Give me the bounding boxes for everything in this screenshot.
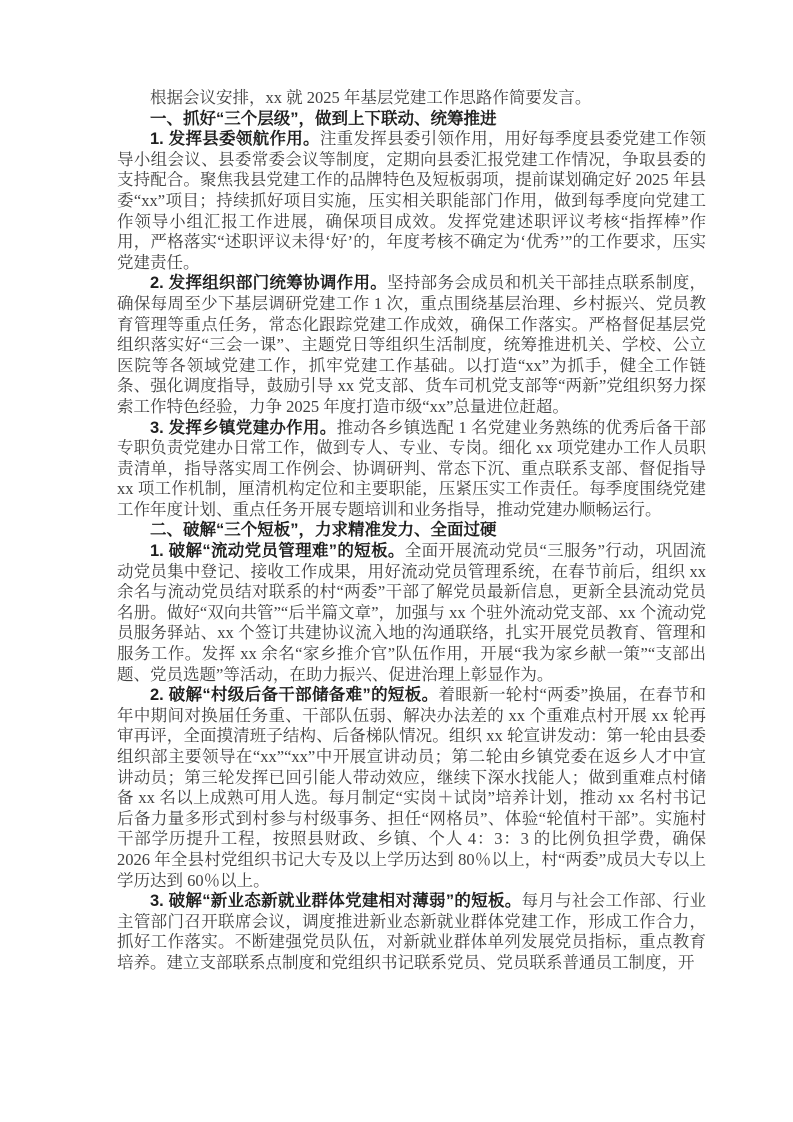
paragraph-body: 注重发挥县委引领作用，用好每季度县委党建工作领导小组会议、县委常委会议等制度，定… (117, 129, 706, 272)
section-1-paragraph-2: 2. 发挥组织部门统筹协调作用。坚持部务会成员和机关干部挂点联系制度，确保每周至… (117, 273, 706, 417)
paragraph-lead: 3. 发挥乡镇党建办作用。 (150, 419, 337, 437)
paragraph-body: 全面开展流动党员“三服务”行动，巩固流动党员集中登记、接收工作成果，用好流动党员… (117, 541, 706, 684)
paragraph-lead: 2. 破解“村级后备干部储备难”的短板。 (150, 686, 438, 704)
section-1-heading: 一、抓好“三个层级”，做到上下联动、统筹推进 (117, 109, 706, 130)
paragraph-body: 坚持部务会成员和机关干部挂点联系制度，确保每周至少下基层调研党建工作 1 次，重… (117, 273, 706, 416)
section-1-paragraph-3: 3. 发挥乡镇党建办作用。推动各乡镇选配 1 名党建业务熟练的优秀后备干部专职负… (117, 418, 706, 521)
section-2-paragraph-3: 3. 破解“新业态新就业群体党建相对薄弱”的短板。每月与社会工作部、行业主管部门… (117, 891, 706, 973)
section-1-paragraph-1: 1. 发挥县委领航作用。注重发挥县委引领作用，用好每季度县委党建工作领导小组会议… (117, 129, 706, 273)
paragraph-lead: 2. 发挥组织部门统筹协调作用。 (150, 274, 387, 292)
paragraph-lead: 3. 破解“新业态新就业群体党建相对薄弱”的短板。 (150, 892, 522, 910)
document-page: 根据会议安排，xx 就 2025 年基层党建工作思路作简要发言。 一、抓好“三个… (0, 0, 793, 1122)
intro-text: 根据会议安排，xx 就 2025 年基层党建工作思路作简要发言。 (150, 88, 591, 107)
intro-paragraph: 根据会议安排，xx 就 2025 年基层党建工作思路作简要发言。 (117, 88, 706, 109)
paragraph-body: 着眼新一轮村“两委”换届，在春节和年中期间对换届任务重、干部队伍弱、解决办法差的… (117, 685, 706, 889)
section-2-heading: 二、破解“三个短板”，力求精准发力、全面过硬 (117, 520, 706, 541)
section-2-paragraph-1: 1. 破解“流动党员管理难”的短板。全面开展流动党员“三服务”行动，巩固流动党员… (117, 541, 706, 685)
paragraph-lead: 1. 发挥县委领航作用。 (150, 130, 320, 148)
paragraph-lead: 1. 破解“流动党员管理难”的短板。 (150, 542, 405, 560)
section-2-paragraph-2: 2. 破解“村级后备干部储备难”的短板。着眼新一轮村“两委”换届，在春节和年中期… (117, 685, 706, 891)
